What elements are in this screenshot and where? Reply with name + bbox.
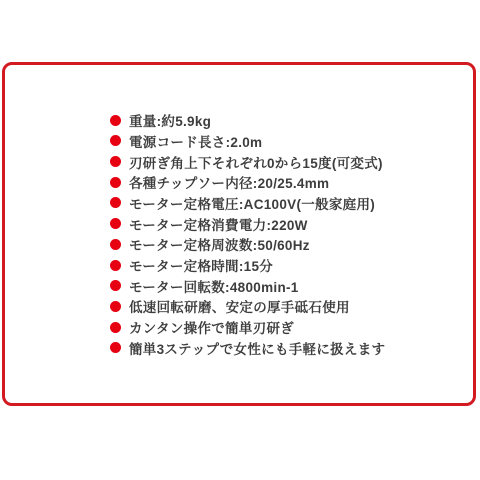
bullet-dot-icon <box>110 218 121 229</box>
spec-item-text: 電源コード長さ:2.0m <box>129 131 262 151</box>
bullet-dot-icon <box>110 301 121 312</box>
product-spec-image: 重量:約5.9kg 電源コード長さ:2.0m 刃研ぎ角上下それぞれ0から15度(… <box>0 0 480 480</box>
bullet-dot-icon <box>110 280 121 291</box>
spec-list: 重量:約5.9kg 電源コード長さ:2.0m 刃研ぎ角上下それぞれ0から15度(… <box>5 65 473 403</box>
bullet-dot-icon <box>110 239 121 250</box>
bullet-dot-icon <box>110 260 121 271</box>
spec-list-item: 刃研ぎ角上下それぞれ0から15度(可変式) <box>110 151 473 172</box>
spec-item-text: モーター定格消費電力:220W <box>129 214 308 234</box>
bullet-dot-icon <box>110 135 121 146</box>
bullet-dot-icon <box>110 156 121 167</box>
bullet-dot-icon <box>110 322 121 333</box>
bullet-dot-icon <box>110 342 121 353</box>
spec-list-item: モーター定格消費電力:220W <box>110 213 473 234</box>
spec-item-text: 各種チップソー内径:20/25.4mm <box>129 172 329 192</box>
spec-frame-box: 重量:約5.9kg 電源コード長さ:2.0m 刃研ぎ角上下それぞれ0から15度(… <box>2 62 476 406</box>
spec-item-text: カンタン操作で簡単刃研ぎ <box>129 317 294 337</box>
spec-item-text: 重量:約5.9kg <box>129 110 211 130</box>
spec-list-item: 低速回転研磨、安定の厚手砥石使用 <box>110 296 473 317</box>
spec-item-text: モーター定格時間:15分 <box>129 255 273 275</box>
spec-list-item: 各種チップソー内径:20/25.4mm <box>110 172 473 193</box>
spec-list-item: カンタン操作で簡単刃研ぎ <box>110 317 473 338</box>
spec-item-text: 低速回転研磨、安定の厚手砥石使用 <box>129 296 350 316</box>
spec-list-item: モーター定格時間:15分 <box>110 255 473 276</box>
spec-item-text: モーター定格電圧:AC100V(一般家庭用) <box>129 193 375 213</box>
spec-list-item: 電源コード長さ:2.0m <box>110 131 473 152</box>
spec-list-item: モーター定格周波数:50/60Hz <box>110 234 473 255</box>
spec-list-item: 簡単3ステップで女性にも手軽に扱えます <box>110 337 473 358</box>
bullet-dot-icon <box>110 197 121 208</box>
spec-list-item: モーター回転数:4800min-1 <box>110 275 473 296</box>
spec-list-item: モーター定格電圧:AC100V(一般家庭用) <box>110 193 473 214</box>
bullet-dot-icon <box>110 115 121 126</box>
spec-list-item: 重量:約5.9kg <box>110 110 473 131</box>
bullet-dot-icon <box>110 177 121 188</box>
spec-item-text: 刃研ぎ角上下それぞれ0から15度(可変式) <box>129 152 383 172</box>
spec-item-text: モーター回転数:4800min-1 <box>129 276 299 296</box>
spec-item-text: モーター定格周波数:50/60Hz <box>129 234 310 254</box>
spec-item-text: 簡単3ステップで女性にも手軽に扱えます <box>129 338 385 358</box>
